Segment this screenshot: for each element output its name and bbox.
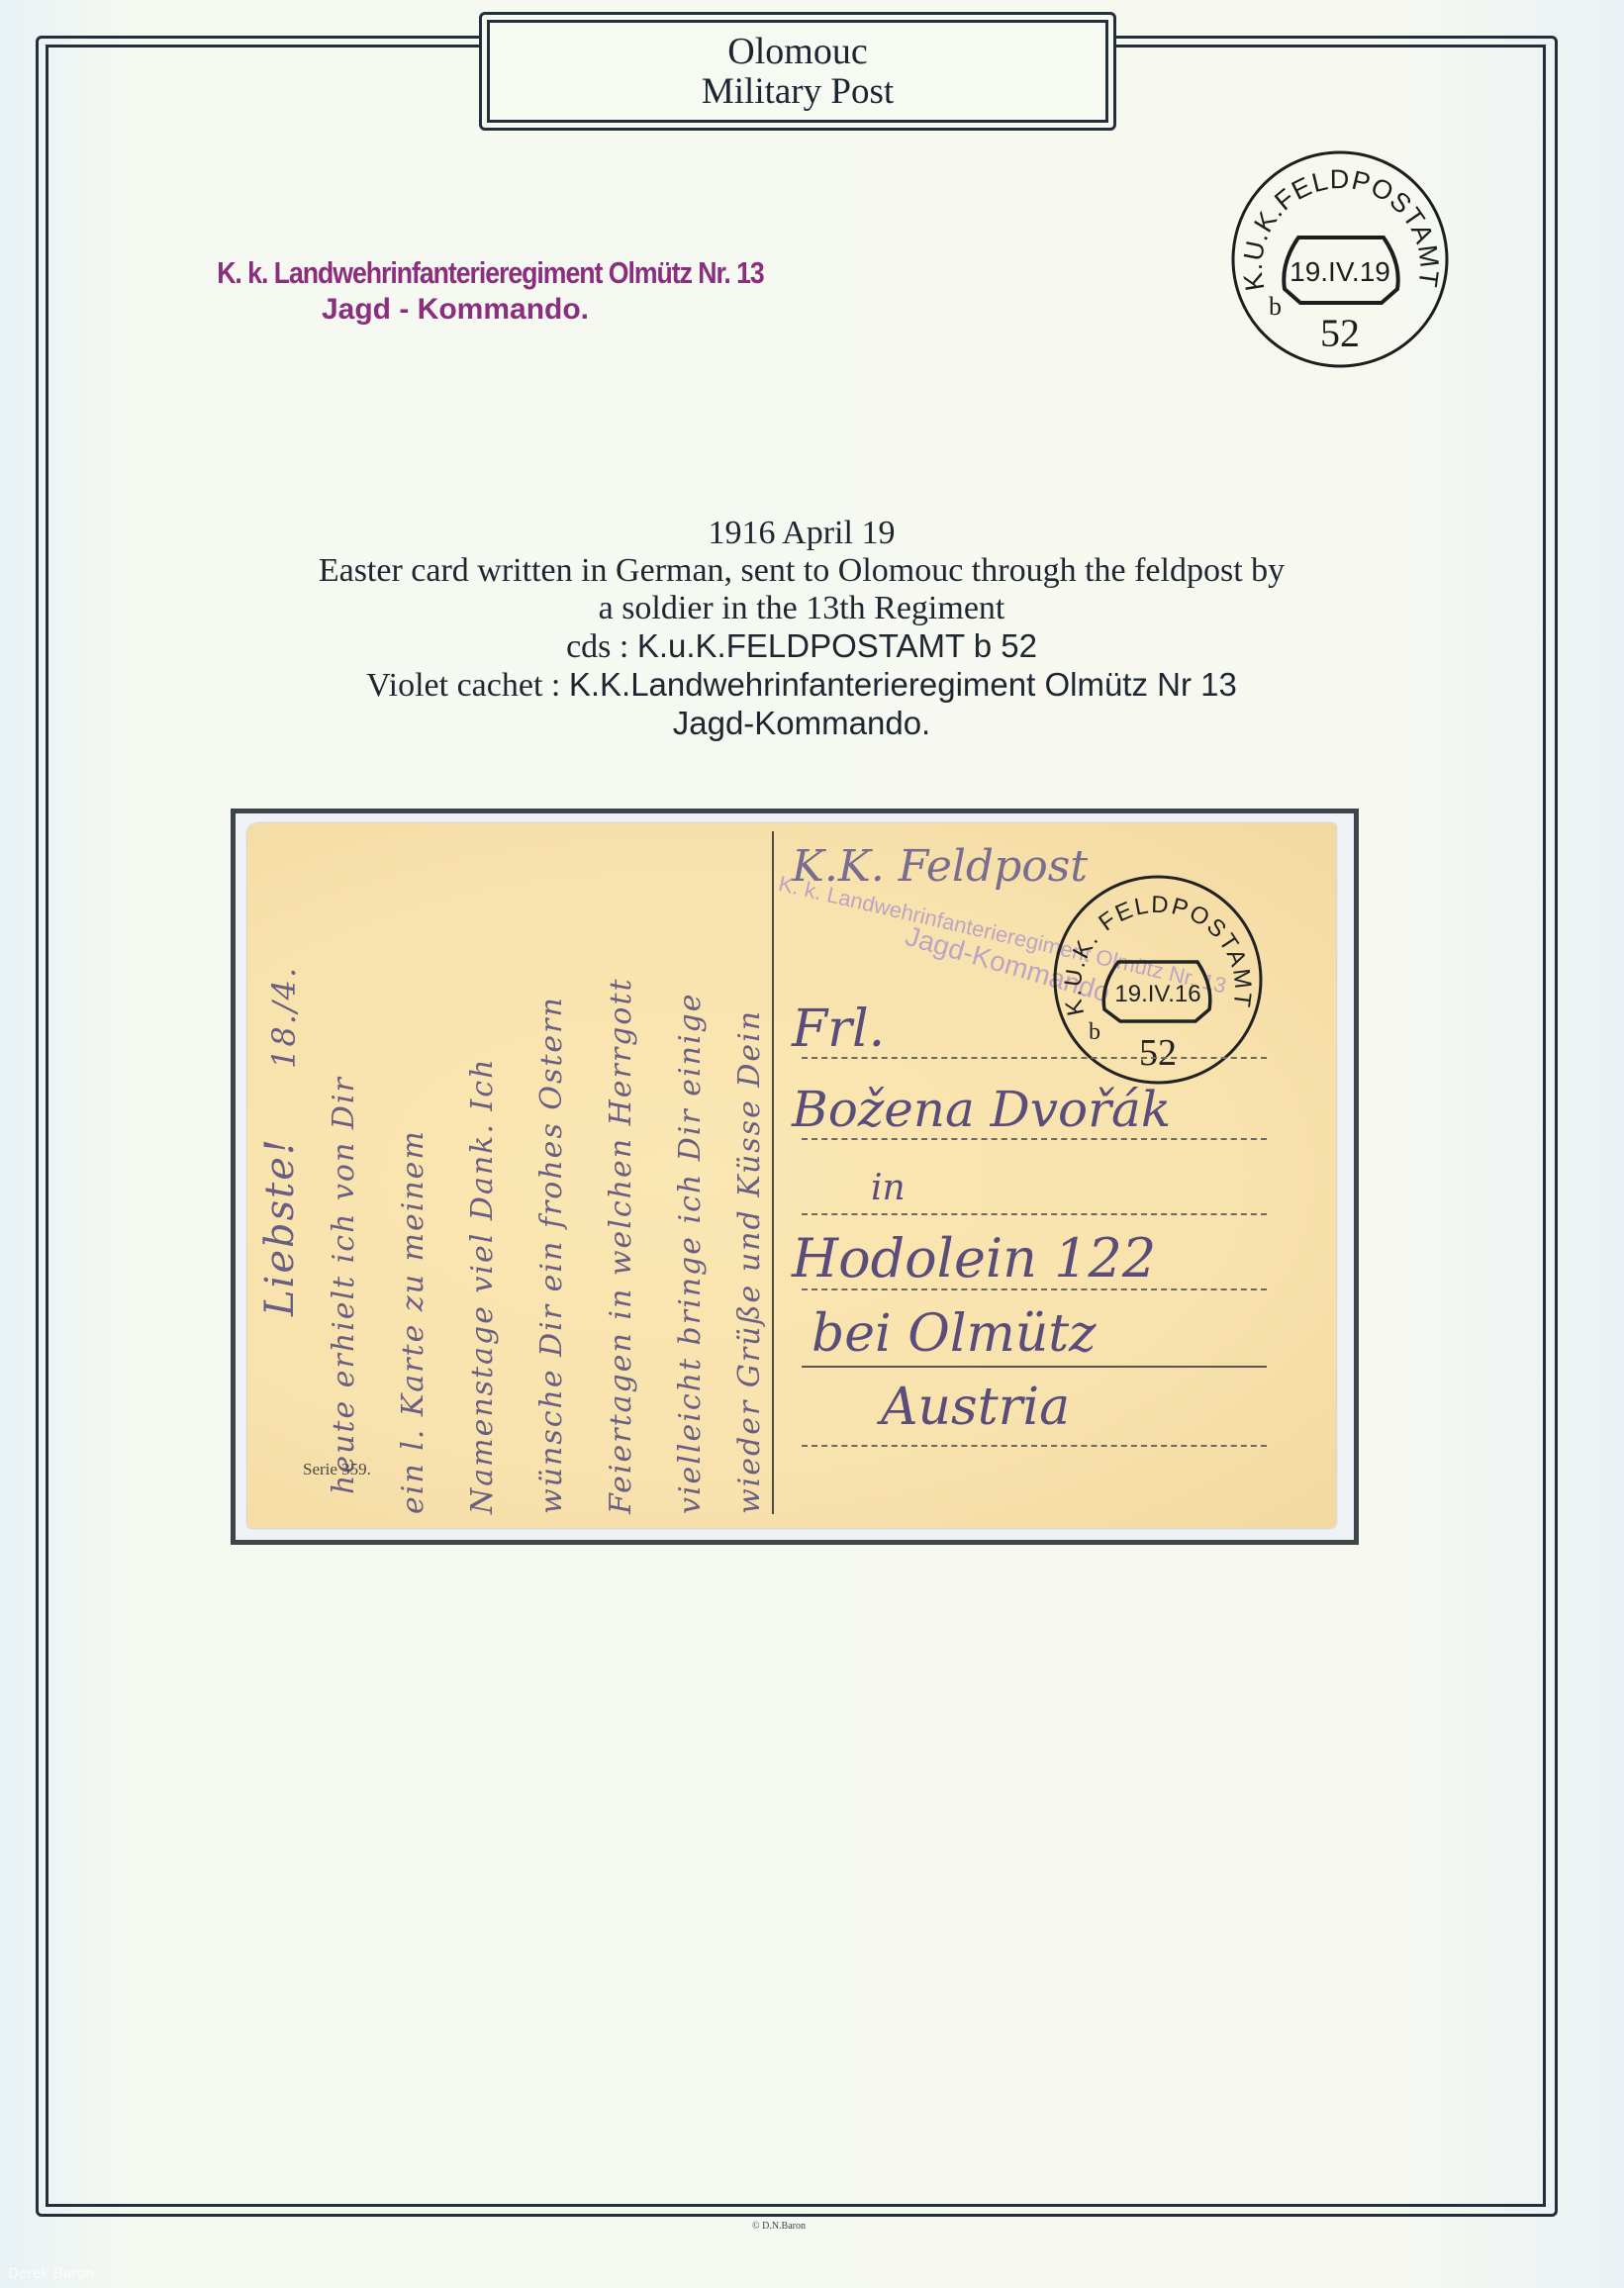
postmark-icon: K.U.K. FELDPOSTAMT 19.IV.16 b 52 [1049,871,1267,1089]
card-divider-lower [772,1098,774,1514]
address-rule [802,1445,1267,1447]
card-postmark: K.U.K. FELDPOSTAMT 19.IV.16 b 52 [1049,871,1267,1089]
svg-text:19.IV.19: 19.IV.19 [1290,256,1390,287]
cachet-line2: Jagd - Kommando. [178,293,732,327]
desc-cachet-value2: Jagd-Kommando. [198,705,1405,742]
message-line: wieder Grüße und Küsse Dein [732,1009,767,1514]
postmark-icon: K.U.K.FELDPOSTAMT 19.IV.19 b 52 [1227,146,1453,372]
page-title: Olomouc Military Post [487,20,1108,123]
desc-cachet-value: K.K.Landwehrinfanterieregiment Olmütz Nr… [569,666,1237,703]
address-line5: bei Olmütz [812,1304,1097,1364]
svg-text:52: 52 [1320,311,1360,355]
desc-cds: cds : K.u.K.FELDPOSTAMT b 52 [198,627,1405,666]
address-line1: Frl. [792,1000,885,1059]
desc-date: 1916 April 19 [198,515,1405,552]
message-line: wünsche Dir ein frohes Ostern [534,996,569,1514]
desc-cds-label: cds : [566,628,637,665]
title-subject: Military Post [702,72,894,112]
message-line: Namenstage viel Dank. Ich [465,1058,500,1514]
desc-cachet: Violet cachet : K.K.Landwehrinfanteriere… [198,666,1405,705]
message-salutation: Liebste! [257,1137,303,1316]
address-rule [802,1213,1267,1215]
desc-cachet-label: Violet cachet : [366,667,569,704]
desc-cds-value: K.u.K.FELDPOSTAMT b 52 [637,627,1037,664]
svg-text:b: b [1089,1019,1100,1045]
svg-text:52: 52 [1139,1032,1177,1074]
message-line: Feiertagen in welchen Herrgott [604,977,638,1514]
svg-text:19.IV.16: 19.IV.16 [1114,981,1200,1007]
card-series: Serie 359. [303,1460,371,1479]
cachet-line1: K. k. Landwehrinfanterieregiment Olmütz … [217,255,694,291]
address-rule [802,1138,1267,1140]
message-date: 18./4. [265,966,303,1069]
title-city: Olomouc [727,31,867,72]
address-rule [802,1288,1267,1290]
message-line: heute erhielt ich von Dir [327,1076,361,1494]
violet-cachet-replica: K. k. Landwehrinfanterieregiment Olmütz … [178,255,732,327]
description-block: 1916 April 19 Easter card written in Ger… [198,515,1405,742]
address-line4: Hodolein 122 [792,1227,1156,1289]
cds-postmark-replica: K.U.K.FELDPOSTAMT 19.IV.19 b 52 [1227,146,1453,372]
desc-line2: a soldier in the 13th Regiment [198,590,1405,627]
copyright-notice: © D.N.Baron [752,2221,806,2232]
address-rule [802,1057,1267,1059]
desc-line1: Easter card written in German, sent to O… [198,552,1405,590]
address-line3: in [871,1168,906,1208]
watermark: Derek Baron [8,2266,94,2282]
address-line2: Božena Dvořák [792,1081,1171,1138]
message-line: vielleicht bringe ich Dir einige [673,992,708,1514]
address-rule [802,1366,1267,1368]
message-line: ein l. Karte zu meinem [396,1129,430,1514]
card-divider [772,831,774,1098]
address-line6: Austria [881,1378,1070,1437]
svg-text:b: b [1269,292,1282,321]
